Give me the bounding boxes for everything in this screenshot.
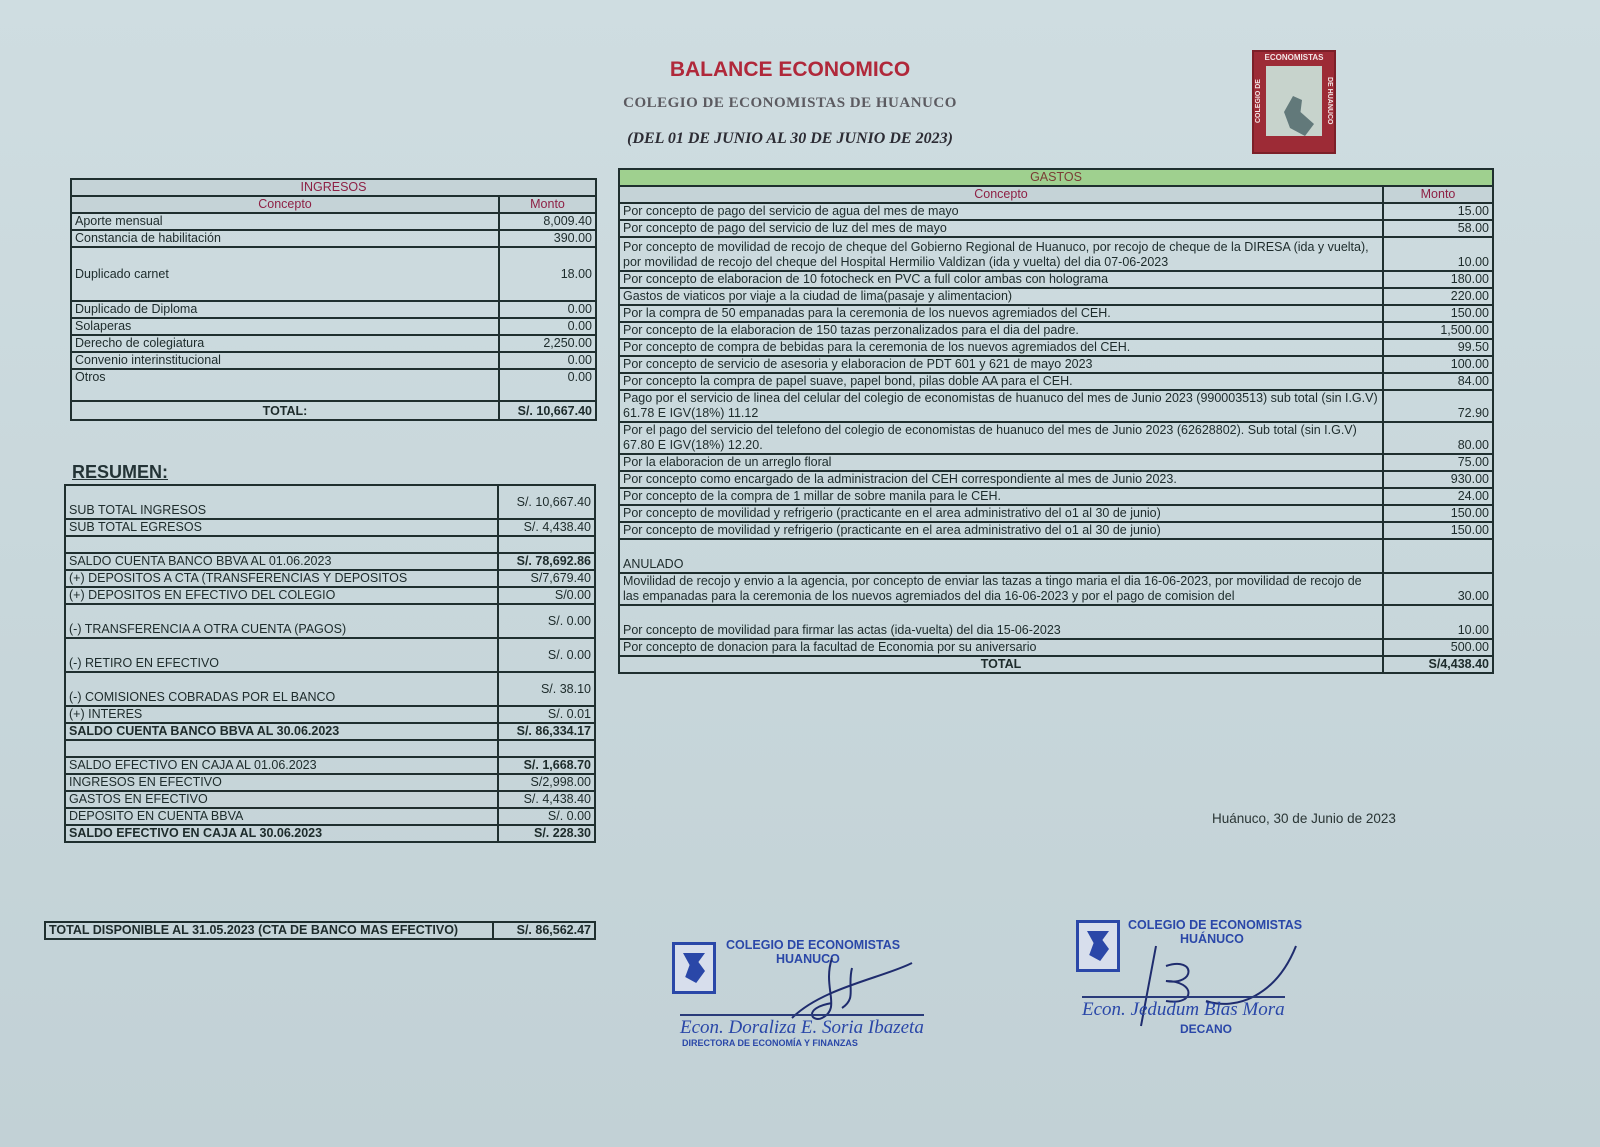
ingreso-monto: 0.00 — [499, 318, 596, 335]
logo-top-text: ECONOMISTAS — [1254, 53, 1334, 62]
gasto-concepto: Por concepto de pago del servicio de luz… — [619, 220, 1383, 237]
gasto-concepto: Por concepto de pago del servicio de agu… — [619, 203, 1383, 220]
resumen-row: SALDO EFECTIVO EN CAJA AL 30.06.2023S/. … — [65, 825, 595, 842]
resumen-row: (-) TRANSFERENCIA A OTRA CUENTA (PAGOS)S… — [65, 604, 595, 638]
resumen-value — [498, 536, 595, 553]
gastos-title: GASTOS — [619, 169, 1493, 186]
gasto-monto: 150.00 — [1383, 522, 1493, 539]
resumen-value: S/. 86,334.17 — [498, 723, 595, 740]
resumen-row: DEPOSITO EN CUENTA BBVAS/. 0.00 — [65, 808, 595, 825]
resumen-row: GASTOS EN EFECTIVOS/. 4,438.40 — [65, 791, 595, 808]
gastos-col-monto: Monto — [1383, 186, 1493, 203]
gasto-concepto: Por concepto de movilidad y refrigerio (… — [619, 505, 1383, 522]
ingreso-monto: 8,009.40 — [499, 213, 596, 230]
resumen-row: SALDO CUENTA BANCO BBVA AL 30.06.2023S/.… — [65, 723, 595, 740]
gasto-concepto: Por concepto de movilidad de recojo de c… — [619, 237, 1383, 271]
resumen-row: SUB TOTAL INGRESOSS/. 10,667.40 — [65, 485, 595, 519]
resumen-row: SALDO EFECTIVO EN CAJA AL 01.06.2023S/. … — [65, 757, 595, 774]
signature-block-dean: COLEGIO DE ECONOMISTAS HUÁNUCO Econ. Jed… — [1076, 916, 1336, 1046]
ingreso-monto: 2,250.00 — [499, 335, 596, 352]
resumen-label — [65, 740, 498, 757]
gasto-monto: 180.00 — [1383, 271, 1493, 288]
resumen-row: (-) COMISIONES COBRADAS POR EL BANCOS/. … — [65, 672, 595, 706]
resumen-label: SALDO CUENTA BANCO BBVA AL 30.06.2023 — [65, 723, 498, 740]
ingreso-concepto: Otros — [71, 369, 499, 401]
resumen-label: (-) TRANSFERENCIA A OTRA CUENTA (PAGOS) — [65, 604, 498, 638]
ingresos-col-concepto: Concepto — [71, 196, 499, 213]
gasto-monto: 72.90 — [1383, 390, 1493, 422]
stamp-emblem-icon — [1076, 920, 1120, 972]
resumen-value: S/2,998.00 — [498, 774, 595, 791]
ingresos-col-monto: Monto — [499, 196, 596, 213]
ingresos-row: Solaperas0.00 — [71, 318, 596, 335]
resumen-label — [65, 536, 498, 553]
ingresos-row: Otros0.00 — [71, 369, 596, 401]
signer-name: Econ. Doraliza E. Soria Ibazeta — [680, 1014, 924, 1039]
resumen-value: S/7,679.40 — [498, 570, 595, 587]
gasto-concepto: Por concepto de la compra de 1 millar de… — [619, 488, 1383, 505]
gastos-row: Por concepto de la compra de 1 millar de… — [619, 488, 1493, 505]
signature-block-finance: COLEGIO DE ECONOMISTAS HUANUCO Econ. Dor… — [672, 938, 932, 1058]
resumen-label: INGRESOS EN EFECTIVO — [65, 774, 498, 791]
total-disponible-table: TOTAL DISPONIBLE AL 31.05.2023 (CTA DE B… — [44, 921, 596, 940]
gastos-row: Por el pago del servicio del telefono de… — [619, 422, 1493, 454]
gasto-concepto: Gastos de viaticos por viaje a la ciudad… — [619, 288, 1383, 305]
gasto-concepto: Por concepto de elaboracion de 10 fotoch… — [619, 271, 1383, 288]
gasto-concepto: Por concepto la compra de papel suave, p… — [619, 373, 1383, 390]
gasto-monto: 930.00 — [1383, 471, 1493, 488]
ingresos-total-value: S/. 10,667.40 — [499, 401, 596, 420]
ingresos-row: Constancia de habilitación390.00 — [71, 230, 596, 247]
gasto-concepto: Por concepto de compra de bebidas para l… — [619, 339, 1383, 356]
ingreso-concepto: Duplicado de Diploma — [71, 301, 499, 318]
ingreso-concepto: Aporte mensual — [71, 213, 499, 230]
resumen-row: (+) INTERESS/. 0.01 — [65, 706, 595, 723]
college-logo-icon: ECONOMISTAS COLEGIO DE DE HUANUCO — [1252, 50, 1336, 154]
gasto-concepto: ANULADO — [619, 539, 1383, 573]
resumen-label: (-) COMISIONES COBRADAS POR EL BANCO — [65, 672, 498, 706]
gastos-row: Por concepto la compra de papel suave, p… — [619, 373, 1493, 390]
gastos-col-concepto: Concepto — [619, 186, 1383, 203]
city-date: Huánuco, 30 de Junio de 2023 — [1212, 811, 1396, 826]
signer-name: Econ. Jedudum Blas Mora — [1082, 996, 1285, 1021]
gastos-row: Por concepto de elaboracion de 10 fotoch… — [619, 271, 1493, 288]
organization-name: COLEGIO DE ECONOMISTAS DE HUANUCO — [560, 95, 1020, 112]
gastos-row: Por concepto de movilidad y refrigerio (… — [619, 505, 1493, 522]
gasto-monto: 99.50 — [1383, 339, 1493, 356]
ingresos-title: INGRESOS — [71, 179, 596, 196]
gasto-monto: 10.00 — [1383, 237, 1493, 271]
gasto-concepto: Por concepto como encargado de la admini… — [619, 471, 1383, 488]
gastos-row: Por concepto de servicio de asesoria y e… — [619, 356, 1493, 373]
gastos-row: ANULADO — [619, 539, 1493, 573]
ingresos-table: INGRESOS Concepto Monto Aporte mensual8,… — [70, 178, 597, 421]
gasto-monto: 100.00 — [1383, 356, 1493, 373]
gasto-monto: 15.00 — [1383, 203, 1493, 220]
ingreso-monto: 0.00 — [499, 301, 596, 318]
gasto-concepto: Por concepto de movilidad para firmar la… — [619, 605, 1383, 639]
gastos-row: Gastos de viaticos por viaje a la ciudad… — [619, 288, 1493, 305]
resumen-label: (+) DEPOSITOS A CTA (TRANSFERENCIAS Y DE… — [65, 570, 498, 587]
gasto-monto: 84.00 — [1383, 373, 1493, 390]
document-page: BALANCE ECONOMICO COLEGIO DE ECONOMISTAS… — [0, 0, 1600, 1147]
ingreso-concepto: Constancia de habilitación — [71, 230, 499, 247]
resumen-title: RESUMEN: — [72, 462, 168, 483]
logo-map-panel — [1266, 66, 1322, 136]
ingreso-monto: 0.00 — [499, 352, 596, 369]
total-disponible-value: S/. 86,562.47 — [493, 922, 595, 939]
signer-role: DECANO — [1180, 1022, 1232, 1036]
gastos-row: Por concepto de pago del servicio de luz… — [619, 220, 1493, 237]
resumen-value: S/. 78,692.86 — [498, 553, 595, 570]
resumen-value: S/. 4,438.40 — [498, 791, 595, 808]
gastos-row: Por concepto de la elaboracion de 150 ta… — [619, 322, 1493, 339]
gasto-concepto: Por concepto de movilidad y refrigerio (… — [619, 522, 1383, 539]
gastos-row: Movilidad de recojo y envio a la agencia… — [619, 573, 1493, 605]
resumen-value: S/. 38.10 — [498, 672, 595, 706]
ingresos-total-label: TOTAL: — [71, 401, 499, 420]
resumen-label: SUB TOTAL INGRESOS — [65, 485, 498, 519]
gastos-total-label: TOTAL — [619, 656, 1383, 673]
gastos-row: Pago por el servicio de linea del celula… — [619, 390, 1493, 422]
logo-left-text: COLEGIO DE — [1255, 66, 1262, 136]
resumen-value: S/. 1,668.70 — [498, 757, 595, 774]
gasto-monto: 58.00 — [1383, 220, 1493, 237]
resumen-value: S/. 4,438.40 — [498, 519, 595, 536]
gastos-row: Por concepto de movilidad para firmar la… — [619, 605, 1493, 639]
ingreso-monto: 390.00 — [499, 230, 596, 247]
signer-role: DIRECTORA DE ECONOMÍA Y FINANZAS — [682, 1038, 858, 1048]
resumen-label: SALDO CUENTA BANCO BBVA AL 01.06.2023 — [65, 553, 498, 570]
resumen-value: S/. 0.00 — [498, 604, 595, 638]
resumen-value: S/. 0.00 — [498, 808, 595, 825]
resumen-label: SALDO EFECTIVO EN CAJA AL 30.06.2023 — [65, 825, 498, 842]
stamp-emblem-icon — [672, 942, 716, 994]
resumen-table: SUB TOTAL INGRESOSS/. 10,667.40SUB TOTAL… — [64, 484, 596, 843]
resumen-label: (-) RETIRO EN EFECTIVO — [65, 638, 498, 672]
gasto-monto: 10.00 — [1383, 605, 1493, 639]
resumen-label: (+) DEPOSITOS EN EFECTIVO DEL COLEGIO — [65, 587, 498, 604]
resumen-label: SUB TOTAL EGRESOS — [65, 519, 498, 536]
gasto-monto: 1,500.00 — [1383, 322, 1493, 339]
gastos-row: Por concepto como encargado de la admini… — [619, 471, 1493, 488]
ingresos-row: Duplicado carnet18.00 — [71, 247, 596, 301]
ingreso-concepto: Duplicado carnet — [71, 247, 499, 301]
ingresos-row: Aporte mensual8,009.40 — [71, 213, 596, 230]
ingresos-row: Duplicado de Diploma0.00 — [71, 301, 596, 318]
resumen-row — [65, 740, 595, 757]
gastos-row: Por la compra de 50 empanadas para la ce… — [619, 305, 1493, 322]
gastos-row: Por concepto de compra de bebidas para l… — [619, 339, 1493, 356]
gasto-monto: 220.00 — [1383, 288, 1493, 305]
resumen-label: GASTOS EN EFECTIVO — [65, 791, 498, 808]
gastos-row: Por la elaboracion de un arreglo floral7… — [619, 454, 1493, 471]
gasto-concepto: Por la compra de 50 empanadas para la ce… — [619, 305, 1383, 322]
gastos-row: Por concepto de donacion para la faculta… — [619, 639, 1493, 656]
ingreso-concepto: Solaperas — [71, 318, 499, 335]
gasto-concepto: Pago por el servicio de linea del celula… — [619, 390, 1383, 422]
ingresos-row: Convenio interinstitucional0.00 — [71, 352, 596, 369]
gasto-monto: 24.00 — [1383, 488, 1493, 505]
gasto-monto: 75.00 — [1383, 454, 1493, 471]
total-disponible-label: TOTAL DISPONIBLE AL 31.05.2023 (CTA DE B… — [45, 922, 493, 939]
period-range: (DEL 01 DE JUNIO AL 30 DE JUNIO DE 2023) — [560, 130, 1020, 148]
gastos-row: Por concepto de movilidad de recojo de c… — [619, 237, 1493, 271]
gasto-concepto: Por la elaboracion de un arreglo floral — [619, 454, 1383, 471]
ingreso-concepto: Derecho de colegiatura — [71, 335, 499, 352]
resumen-label: (+) INTERES — [65, 706, 498, 723]
resumen-value: S/. 10,667.40 — [498, 485, 595, 519]
resumen-value: S/0.00 — [498, 587, 595, 604]
resumen-row: INGRESOS EN EFECTIVOS/2,998.00 — [65, 774, 595, 791]
ingreso-concepto: Convenio interinstitucional — [71, 352, 499, 369]
resumen-row: (+) DEPOSITOS EN EFECTIVO DEL COLEGIOS/0… — [65, 587, 595, 604]
gastos-total-value: S/4,438.40 — [1383, 656, 1493, 673]
resumen-value: S/. 0.00 — [498, 638, 595, 672]
gastos-table: GASTOS Concepto Monto Por concepto de pa… — [618, 168, 1494, 674]
ingreso-monto: 0.00 — [499, 369, 596, 401]
gasto-monto — [1383, 539, 1493, 573]
ingreso-monto: 18.00 — [499, 247, 596, 301]
gasto-monto: 30.00 — [1383, 573, 1493, 605]
resumen-label: DEPOSITO EN CUENTA BBVA — [65, 808, 498, 825]
gasto-monto: 500.00 — [1383, 639, 1493, 656]
gasto-monto: 150.00 — [1383, 505, 1493, 522]
document-title: BALANCE ECONOMICO — [560, 58, 1020, 82]
resumen-row: SALDO CUENTA BANCO BBVA AL 01.06.2023S/.… — [65, 553, 595, 570]
map-icon — [1284, 96, 1314, 136]
gasto-concepto: Movilidad de recojo y envio a la agencia… — [619, 573, 1383, 605]
resumen-row — [65, 536, 595, 553]
gasto-concepto: Por concepto de la elaboracion de 150 ta… — [619, 322, 1383, 339]
resumen-row: SUB TOTAL EGRESOSS/. 4,438.40 — [65, 519, 595, 536]
gastos-row: Por concepto de movilidad y refrigerio (… — [619, 522, 1493, 539]
gasto-monto: 80.00 — [1383, 422, 1493, 454]
gasto-concepto: Por concepto de donacion para la faculta… — [619, 639, 1383, 656]
resumen-value — [498, 740, 595, 757]
gasto-monto: 150.00 — [1383, 305, 1493, 322]
logo-right-text: DE HUANUCO — [1326, 66, 1333, 136]
gasto-concepto: Por concepto de servicio de asesoria y e… — [619, 356, 1383, 373]
resumen-label: SALDO EFECTIVO EN CAJA AL 01.06.2023 — [65, 757, 498, 774]
ingresos-row: Derecho de colegiatura2,250.00 — [71, 335, 596, 352]
gasto-concepto: Por el pago del servicio del telefono de… — [619, 422, 1383, 454]
gastos-row: Por concepto de pago del servicio de agu… — [619, 203, 1493, 220]
resumen-value: S/. 0.01 — [498, 706, 595, 723]
resumen-value: S/. 228.30 — [498, 825, 595, 842]
resumen-row: (-) RETIRO EN EFECTIVOS/. 0.00 — [65, 638, 595, 672]
resumen-row: (+) DEPOSITOS A CTA (TRANSFERENCIAS Y DE… — [65, 570, 595, 587]
